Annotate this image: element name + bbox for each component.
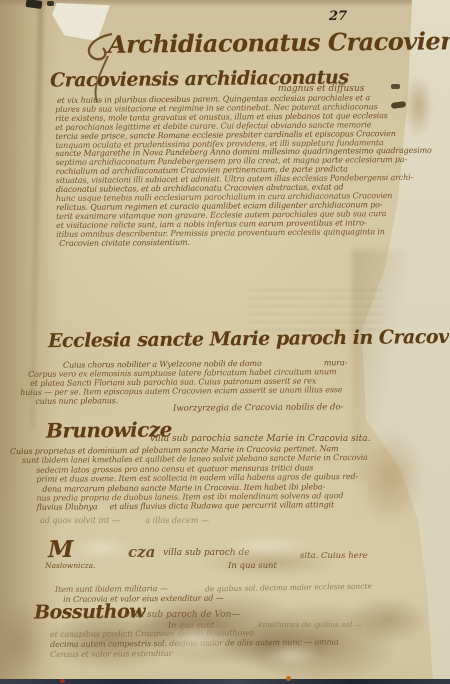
faded-line: ad quos solvit int — a illos decem —: [40, 516, 209, 525]
marginal-note: Naslownicza.: [45, 561, 95, 570]
verso-showthrough: [248, 283, 383, 331]
photo-bottom-edge: [0, 679, 450, 684]
right-margin-note: sita. Cuius here: [300, 551, 368, 561]
section4-heading-suffix: villa sub paroch de: [163, 548, 250, 558]
section1-paragraph: et vix huius in pluribus diocesibus pare…: [55, 94, 433, 249]
manuscript-scan: 27 Archidiaconatus Cracovien Cracoviensi…: [0, 0, 450, 684]
section3-heading-suffix: villa sub parochia sancte Marie in Craco…: [150, 434, 370, 444]
section2-heading: Ecclesia sancte Marie paroch in Cracov: [48, 326, 449, 352]
right-fragment: kmethones de quibus sol —: [258, 620, 362, 629]
section4-heading-initial: M: [48, 536, 73, 563]
section2-paragraph: Cuius chorus nobiliter a Wyelzcone nobil…: [20, 359, 347, 406]
section6-paragraph: et canapibus predicti Cracovien que de B…: [50, 627, 339, 660]
ink-fragment: [47, 1, 54, 6]
section4-heading-rest: cza: [128, 543, 155, 561]
folio-number: 27: [329, 9, 347, 24]
orange-mark: [286, 676, 291, 681]
red-mark: [60, 679, 65, 683]
section3-paragraph: Cuius proprietas et dominium ad plebanum…: [10, 444, 368, 513]
in-qua-sunt-note: In qua sunt: [228, 561, 277, 571]
patron-annotation: Iworzyrzegia de Cracovia nobilis de do-: [173, 402, 344, 413]
section6-heading-suffix: villa sub paroch de Von—: [125, 610, 240, 620]
ink-blot: [391, 84, 400, 89]
page-title: Archidiaconatus Cracovien: [108, 26, 450, 59]
